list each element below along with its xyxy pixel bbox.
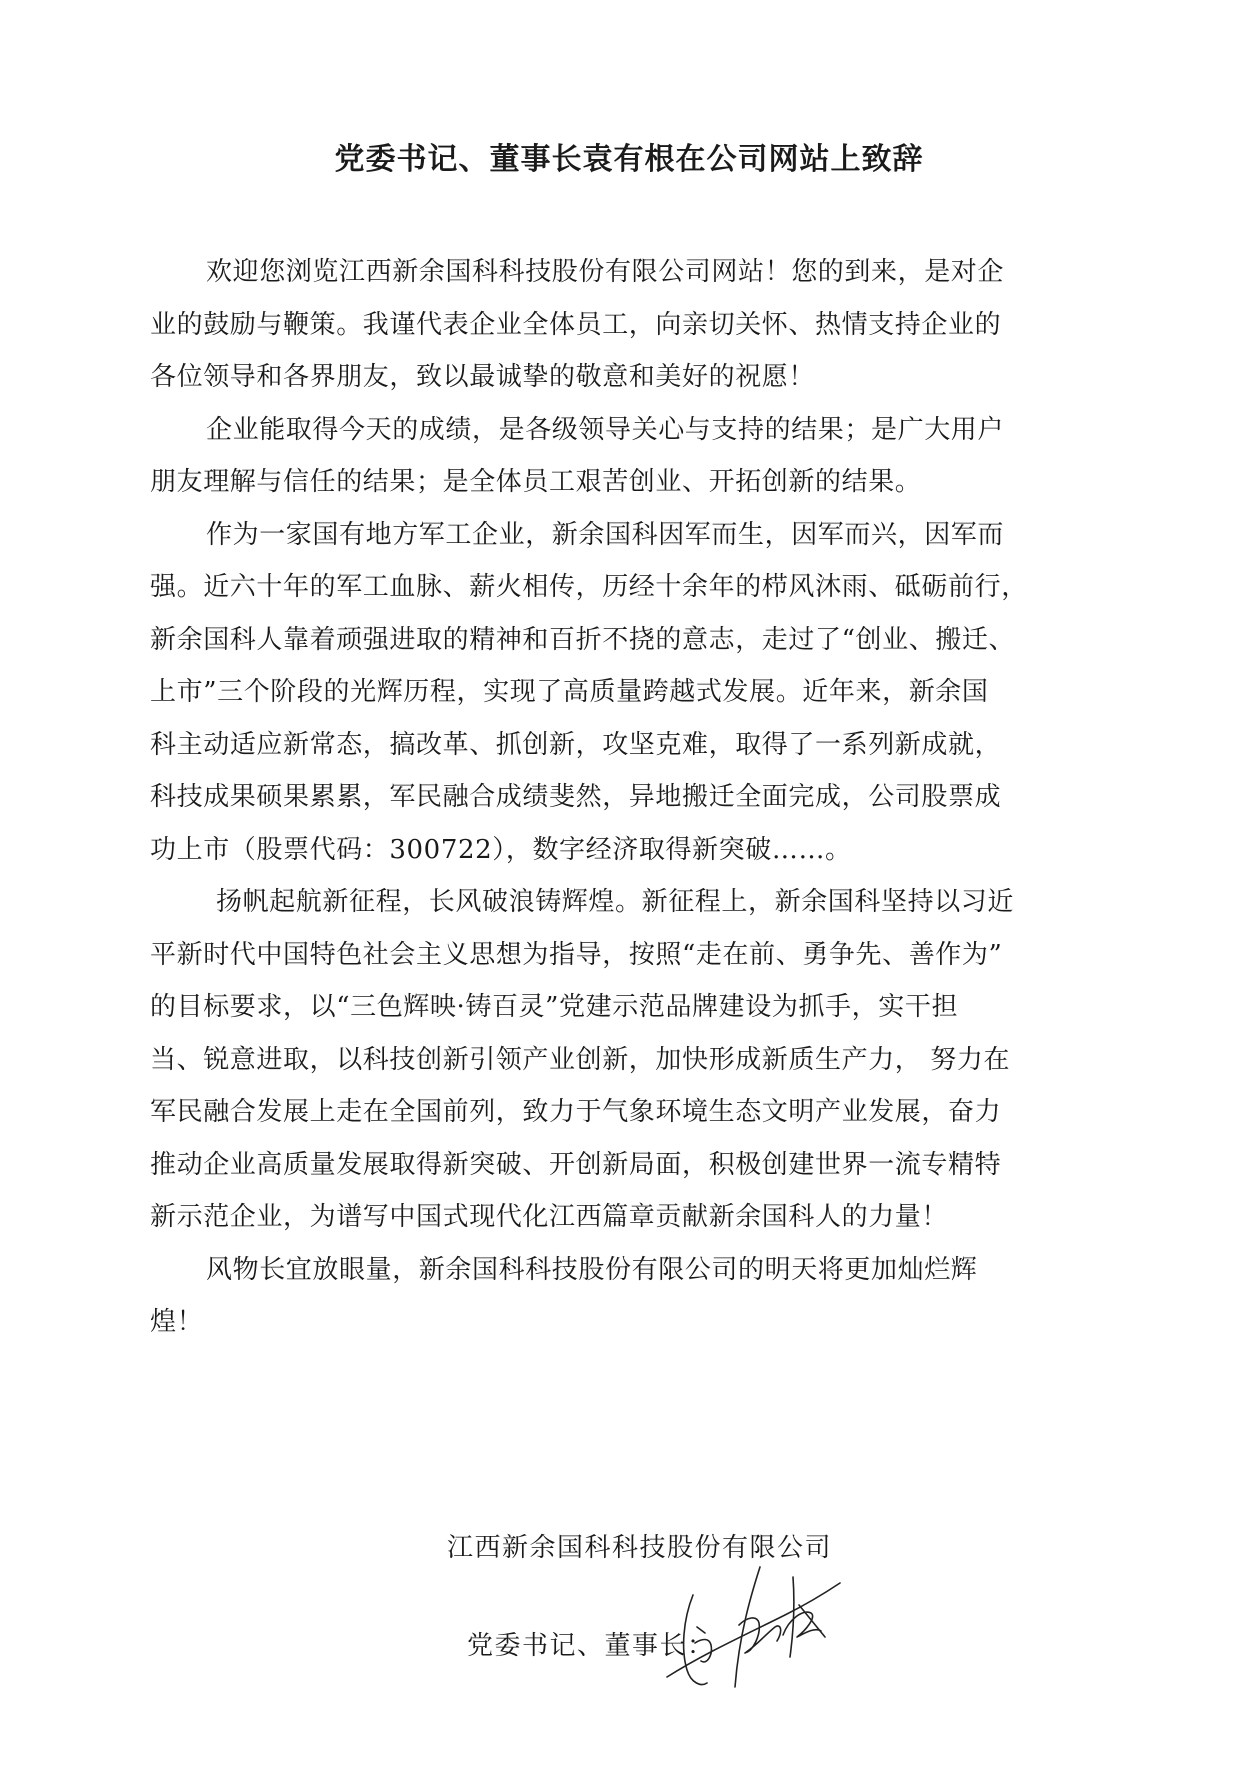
paragraph-3-line-1: 作为一家国有地方军工企业，新余国科因军而生，因军而兴，因军而 <box>150 515 1115 568</box>
paragraph-1-line-3: 各位领导和各界朋友，致以最诚挚的敬意和美好的祝愿！ <box>150 357 1115 410</box>
paragraph-2-line-1: 企业能取得今天的成绩，是各级领导关心与支持的结果；是广大用户 <box>150 410 1115 463</box>
paragraph-1-line-2: 业的鼓励与鞭策。我谨代表企业全体员工，向亲切关怀、热情支持企业的 <box>150 305 1115 358</box>
signature-icon <box>665 1565 845 1695</box>
document-page: 党委书记、董事长袁有根在公司网站上致辞 欢迎您浏览江西新余国科科技股份有限公司网… <box>0 0 1258 1780</box>
paragraph-3-line-5: 科主动适应新常态，搞改革、抓创新，攻坚克难，取得了一系列新成就， <box>150 725 1115 778</box>
paragraph-2-line-2: 朋友理解与信任的结果；是全体员工艰苦创业、开拓创新的结果。 <box>150 462 1115 515</box>
paragraph-3-line-2: 强。近六十年的军工血脉、薪火相传，历经十余年的栉风沐雨、砥砺前行， <box>150 567 1115 620</box>
document-body: 欢迎您浏览江西新余国科科技股份有限公司网站！您的到来，是对企 业的鼓励与鞭策。我… <box>150 252 1115 1355</box>
paragraph-4-line-3: 的目标要求，以“三色辉映·铸百灵”党建示范品牌建设为抓手，实干担 <box>150 987 1115 1040</box>
paragraph-3-line-3: 新余国科人靠着顽强进取的精神和百折不挠的意志，走过了“创业、搬迁、 <box>150 620 1115 673</box>
paragraph-3-line-7: 功上市（股票代码：300722），数字经济取得新突破……。 <box>150 830 1115 883</box>
paragraph-4-line-6: 推动企业高质量发展取得新突破、开创新局面，积极创建世界一流专精特 <box>150 1145 1115 1198</box>
paragraph-3-line-4: 上市”三个阶段的光辉历程，实现了高质量跨越式发展。近年来，新余国 <box>150 672 1115 725</box>
paragraph-1-line-1: 欢迎您浏览江西新余国科科技股份有限公司网站！您的到来，是对企 <box>150 252 1115 305</box>
document-title: 党委书记、董事长袁有根在公司网站上致辞 <box>0 140 1258 180</box>
paragraph-4-line-2: 平新时代中国特色社会主义思想为指导，按照“走在前、勇争先、善作为” <box>150 935 1115 988</box>
company-name: 江西新余国科科技股份有限公司 <box>447 1528 832 1568</box>
paragraph-4-line-5: 军民融合发展上走在全国前列，致力于气象环境生态文明产业发展，奋力 <box>150 1092 1115 1145</box>
paragraph-5-line-2: 煌！ <box>150 1302 1115 1355</box>
paragraph-4-line-4: 当、锐意进取，以科技创新引领产业创新，加快形成新质生产力， 努力在 <box>150 1040 1115 1093</box>
paragraph-3-line-6: 科技成果硕果累累，军民融合成绩斐然，异地搬迁全面完成，公司股票成 <box>150 777 1115 830</box>
paragraph-5-line-1: 风物长宜放眼量，新余国科科技股份有限公司的明天将更加灿烂辉 <box>150 1250 1115 1303</box>
paragraph-4-line-1: 扬帆起航新征程，长风破浪铸辉煌。新征程上，新余国科坚持以习近 <box>150 882 1115 935</box>
paragraph-4-line-7: 新示范企业，为谱写中国式现代化江西篇章贡献新余国科人的力量！ <box>150 1197 1115 1250</box>
